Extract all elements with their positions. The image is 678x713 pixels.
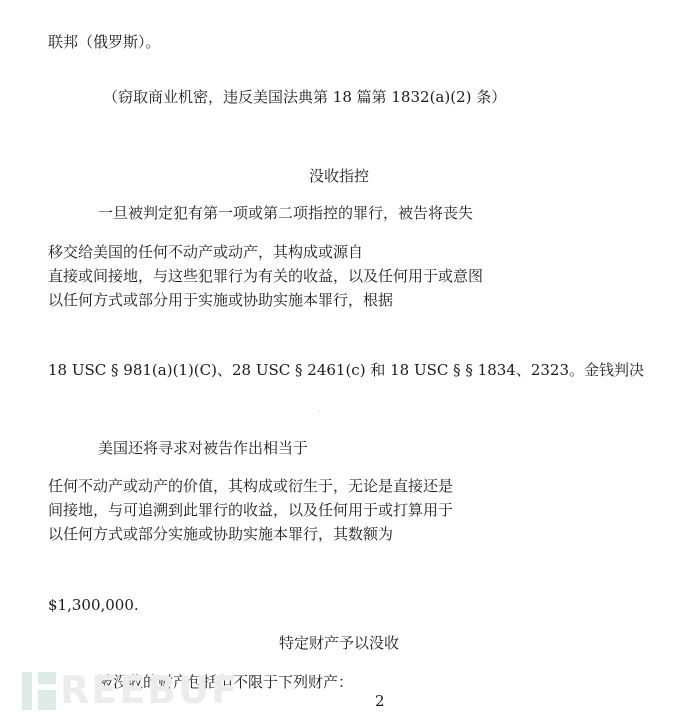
paragraph-line: 联邦（俄罗斯）。 xyxy=(48,32,161,52)
statute-citation: 18 USC § 981(a)(1)(C)、28 USC § 2461(c) 和… xyxy=(48,360,644,380)
paragraph-line: 任何不动产或动产的价值，其构成或衍生于，无论是直接还是 xyxy=(48,476,453,496)
money-judgment-amount: $1,300,000. xyxy=(48,595,139,615)
paragraph-line: 以任何方式或部分实施或协助实施本罪行，其数额为 xyxy=(48,524,393,544)
paragraph-line: 以任何方式或部分用于实施或协助实施本罪行，根据 xyxy=(48,290,393,310)
watermark-logo-icon xyxy=(38,672,56,684)
freebuf-watermark: REEBUF xyxy=(16,672,196,712)
paragraph-line: 移交给美国的任何不动产或动产，其构成或源自 xyxy=(48,242,363,262)
watermark-logo-icon xyxy=(22,672,32,710)
paragraph-line: 美国还将寻求对被告作出相当于 xyxy=(98,438,308,458)
watermark-logo-icon xyxy=(38,690,56,710)
stray-mark xyxy=(318,410,319,412)
section-heading-forfeiture: 没收指控 xyxy=(0,166,678,186)
paragraph-line: 间接地，与可追溯到此罪行的收益，以及任何用于或打算用于 xyxy=(48,500,453,520)
page-number: 2 xyxy=(375,691,385,711)
section-heading-specific-property: 特定财产予以没收 xyxy=(0,633,678,653)
charge-citation: （窃取商业机密，违反美国法典第 18 篇第 1832(a)(2) 条） xyxy=(103,87,506,107)
paragraph-line: 一旦被判定犯有第一项或第二项指控的罪行，被告将丧失 xyxy=(98,203,473,223)
watermark-text: REEBUF xyxy=(60,668,239,712)
paragraph-line: 直接或间接地，与这些犯罪行为有关的收益，以及任何用于或意图 xyxy=(48,266,483,286)
